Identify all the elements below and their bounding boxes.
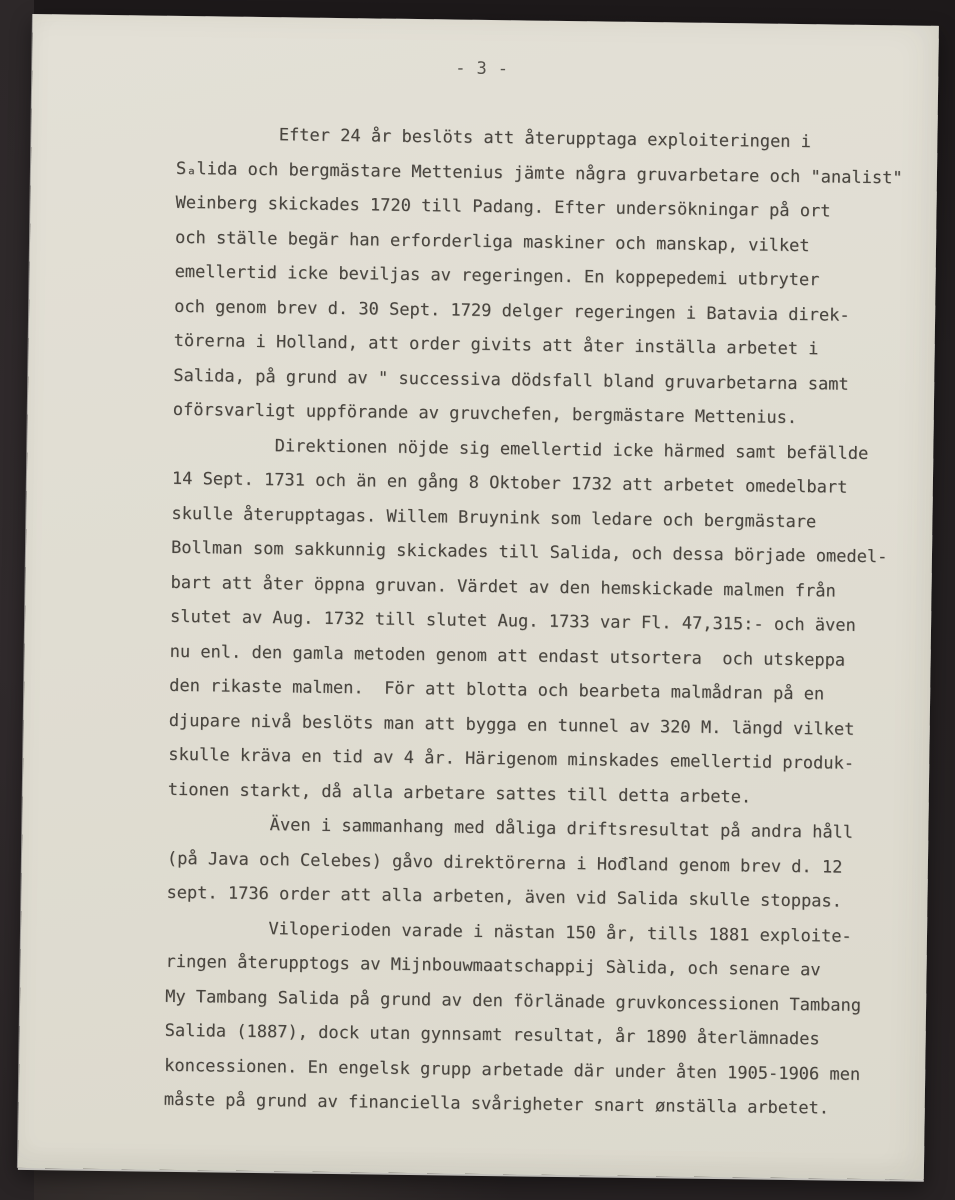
scan-background: { "colors": { "background": "#231f20", "… (0, 0, 955, 1200)
paper-sheet: - 3 - Efter 24 år beslöts att återupptag… (18, 14, 939, 1180)
page-number: - 3 - (455, 52, 509, 87)
document-text: Efter 24 år beslöts att återupptaga expl… (164, 117, 904, 1127)
